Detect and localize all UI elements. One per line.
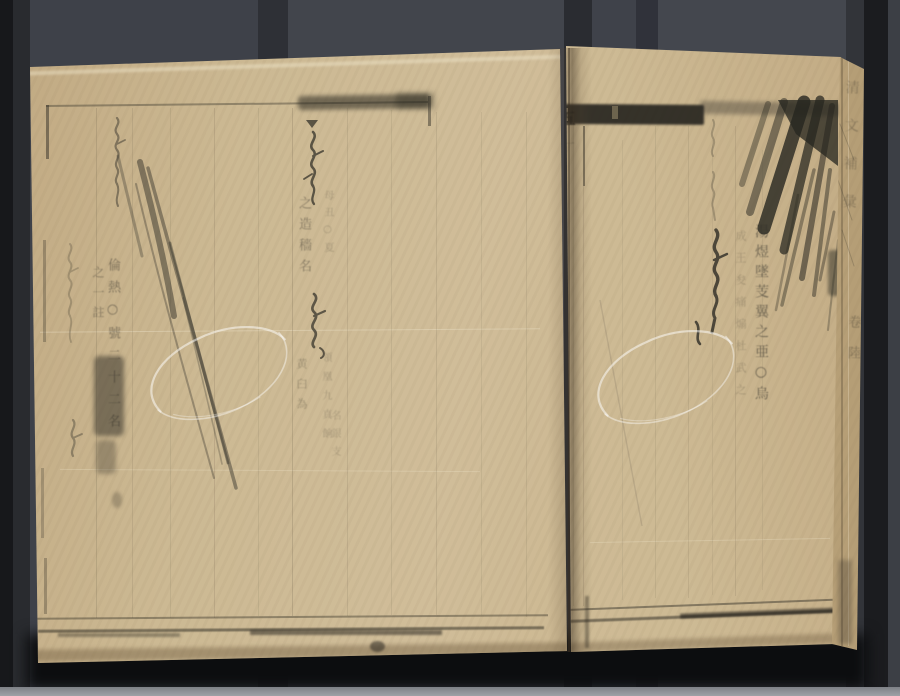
column-rule (481, 112, 482, 615)
column-rule (526, 112, 527, 617)
chinese-text-column: 之造穡名 (294, 196, 313, 280)
frame-bottom-smudge (58, 633, 180, 637)
frame-corner-tick (428, 96, 431, 126)
manchu-script-column (104, 116, 130, 212)
frame-left-border (41, 468, 44, 538)
fore-edge-bottom-smudge (838, 560, 852, 644)
photograph-stage: 之一註 倫熱○號二十二名 之造穡名 母丑○夏 黄臼為 領凰九真餉 名銀支 (0, 0, 900, 696)
ink-blot (112, 492, 122, 508)
ink-blot (370, 641, 385, 652)
gutter-shadow (548, 48, 592, 652)
library-watermark-swoosh (135, 318, 305, 428)
frame-left-border (46, 105, 49, 159)
manchu-script-column (60, 418, 86, 462)
frame-left-border (43, 240, 46, 342)
column-rule (391, 110, 392, 615)
table-edge-strip (0, 687, 900, 696)
fore-edge-volume: 卷陸 (842, 315, 863, 377)
library-watermark-swoosh (582, 322, 752, 432)
frame-bottom-smudge (250, 630, 442, 635)
manchu-script-column (58, 242, 82, 350)
chinese-text-column: 母丑○夏 (320, 190, 335, 259)
frame-left-border (44, 558, 47, 614)
band-gap (612, 106, 618, 119)
column-rule (436, 112, 437, 615)
column-rule (347, 108, 348, 616)
chinese-text-column: 名銀支 (327, 410, 342, 464)
gutter-crease-line (568, 48, 570, 652)
chinese-text-column: 倫熱○號二十二名 (103, 258, 122, 436)
ink-blot (96, 440, 116, 474)
chinese-text-column: 湯煜墜芰翼之亜○烏 (751, 224, 771, 406)
manchu-script-column (702, 118, 724, 226)
